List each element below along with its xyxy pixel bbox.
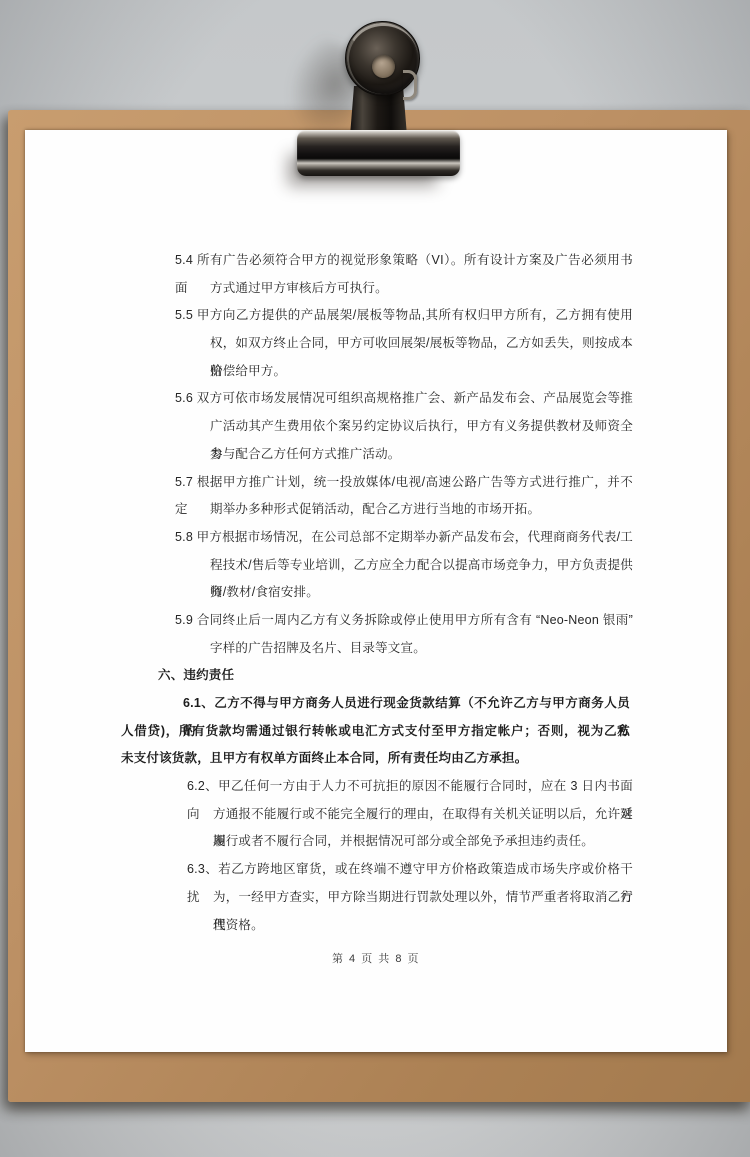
text-line: 5.8 甲方根据市场情况，在公司总部不定期举办新产品发布会，代理商商务代表/工 bbox=[175, 524, 633, 552]
text-line: 参与配合乙方任何方式推广活动。 bbox=[210, 441, 633, 469]
paragraph: 6.2、甲乙任何一方由于人力不可抗拒的原因不能履行合同时，应在 3 日内书面向对… bbox=[25, 773, 727, 856]
paragraph: 5.6 双方可依市场发展情况可组织高规格推广会、新产品发布会、产品展览会等推广活… bbox=[25, 385, 727, 468]
text-line: 6.2、甲乙任何一方由于人力不可抗拒的原因不能履行合同时，应在 3 日内书面向对 bbox=[187, 773, 633, 801]
text-line: 5.9 合同终止后一周内乙方有义务拆除或停止使用甲方所有含有 “Neo-Neon… bbox=[175, 607, 633, 635]
document-page: 5.4 所有广告必须符合甲方的视觉形象策略（VI）。所有设计方案及广告必须用书面… bbox=[25, 130, 727, 1052]
clip-lever bbox=[403, 70, 417, 100]
text-line: 期举办多种形式促销活动，配合乙方进行当地的市场开拓。 bbox=[210, 496, 633, 524]
text-line: 履行或者不履行合同，并根据情况可部分或全部免予承担违约责任。 bbox=[213, 828, 633, 856]
clip-hole bbox=[372, 55, 395, 78]
paragraph: 6.1、乙方不得与甲方商务人员进行现金货款结算（不允许乙方与甲方商务人员的私人借… bbox=[25, 690, 727, 773]
clip-bar bbox=[297, 130, 460, 176]
text-line: 5.5 甲方向乙方提供的产品展架/展板等物品,其所有权归甲方所有，乙方拥有使用 bbox=[175, 302, 633, 330]
text-line: 六、违约责任 bbox=[158, 662, 633, 690]
text-line: 为，一经甲方查实，甲方除当期进行罚款处理以外，情节严重者将取消乙方代 bbox=[213, 884, 633, 912]
text-line: 字样的广告招牌及名片、目录等文宣。 bbox=[210, 635, 633, 663]
text-line: 6.3、若乙方跨地区窜货，或在终端不遵守甲方价格政策造成市场失序或价格干扰行 bbox=[187, 856, 633, 884]
paragraph: 6.3、若乙方跨地区窜货，或在终端不遵守甲方价格政策造成市场失序或价格干扰行为，… bbox=[25, 856, 727, 939]
text-line: 理资格。 bbox=[213, 912, 633, 940]
text-line: 赔偿给甲方。 bbox=[210, 358, 633, 386]
paragraph: 5.8 甲方根据市场情况，在公司总部不定期举办新产品发布会，代理商商务代表/工程… bbox=[25, 524, 727, 607]
contract-body: 5.4 所有广告必须符合甲方的视觉形象策略（VI）。所有设计方案及广告必须用书面… bbox=[25, 247, 727, 939]
text-line: 方式通过甲方审核后方可执行。 bbox=[210, 275, 633, 303]
photo-stage: 5.4 所有广告必须符合甲方的视觉形象策略（VI）。所有设计方案及广告必须用书面… bbox=[0, 0, 750, 1157]
text-line: 资/教材/食宿安排。 bbox=[210, 579, 633, 607]
page-number: 第 4 页 共 8 页 bbox=[25, 950, 727, 966]
text-line: 5.7 根据甲方推广计划，统一投放媒体/电视/高速公路广告等方式进行推广，并不定 bbox=[175, 469, 633, 497]
text-line: 广活动其产生费用依个案另约定协议后执行，甲方有义务提供教材及师资全力 bbox=[210, 413, 633, 441]
text-line: 人借贷)，所有货款均需通过银行转帐或电汇方式支付至甲方指定帐户；否则，视为乙方 bbox=[121, 718, 630, 746]
text-line: 未支付该货款，且甲方有权单方面终止本合同，所有责任均由乙方承担。 bbox=[121, 745, 630, 773]
paragraph: 5.4 所有广告必须符合甲方的视觉形象策略（VI）。所有设计方案及广告必须用书面… bbox=[25, 247, 727, 302]
text-line: 程技术/售后等专业培训，乙方应全力配合以提高市场竞争力，甲方负责提供师 bbox=[210, 552, 633, 580]
paragraph: 5.5 甲方向乙方提供的产品展架/展板等物品,其所有权归甲方所有，乙方拥有使用权… bbox=[25, 302, 727, 385]
text-line: 6.1、乙方不得与甲方商务人员进行现金货款结算（不允许乙方与甲方商务人员的私 bbox=[183, 690, 630, 718]
text-line: 权，如双方终止合同，甲方可收回展架/展板等物品，乙方如丢失，则按成本价 bbox=[210, 330, 633, 358]
paragraph: 六、违约责任 bbox=[25, 662, 727, 690]
text-line: 方通报不能履行或不能完全履行的理由，在取得有关机关证明以后，允许延期 bbox=[213, 801, 633, 829]
text-line: 5.4 所有广告必须符合甲方的视觉形象策略（VI）。所有设计方案及广告必须用书面 bbox=[175, 247, 633, 275]
paragraph: 5.7 根据甲方推广计划，统一投放媒体/电视/高速公路广告等方式进行推广，并不定… bbox=[25, 469, 727, 524]
paragraph: 5.9 合同终止后一周内乙方有义务拆除或停止使用甲方所有含有 “Neo-Neon… bbox=[25, 607, 727, 662]
text-line: 5.6 双方可依市场发展情况可组织高规格推广会、新产品发布会、产品展览会等推 bbox=[175, 385, 633, 413]
